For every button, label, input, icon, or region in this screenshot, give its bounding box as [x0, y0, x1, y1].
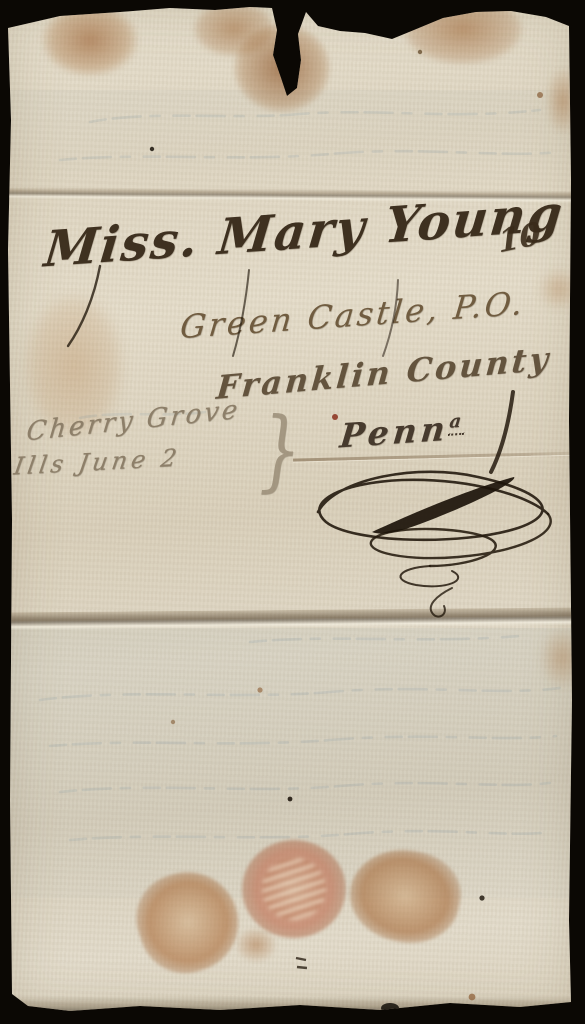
rust-stain-top-right: [404, 0, 522, 64]
flap-crease-right: [435, 0, 585, 100]
wax-seal-drip: [236, 928, 276, 962]
address-post-office: Green Castle, P.O.: [178, 284, 527, 346]
rust-stain-top-left: [42, 4, 138, 76]
bottom-edge-shadow: [0, 996, 585, 1012]
stain-left-middle: [26, 296, 122, 436]
state-base: Penn: [338, 409, 451, 456]
bleedthrough-tint-bottom: [0, 628, 585, 898]
docket-place: Cherry Grove: [25, 395, 242, 448]
address-county: Franklin County: [215, 339, 553, 407]
state-superscript: a: [448, 410, 466, 435]
scan-background: Miss. Mary Young 10 Green Castle, P.O. F…: [0, 0, 585, 1024]
address-recipient: Miss. Mary Young: [42, 184, 567, 279]
rust-stain-right-mid: [538, 268, 580, 310]
docket-brace: }: [259, 398, 301, 501]
bleedthrough-tint-top: [0, 90, 585, 190]
rule-line-under-state: [293, 451, 585, 461]
docket-date: Ills June 2: [12, 444, 183, 481]
letter-paper: Miss. Mary Young 10 Green Castle, P.O. F…: [0, 0, 585, 1024]
postal-rate: 10: [497, 215, 542, 260]
flourish-bold-stroke: [372, 477, 514, 534]
address-state: Penna: [338, 407, 467, 455]
rust-stain-top-center: [194, 2, 274, 56]
